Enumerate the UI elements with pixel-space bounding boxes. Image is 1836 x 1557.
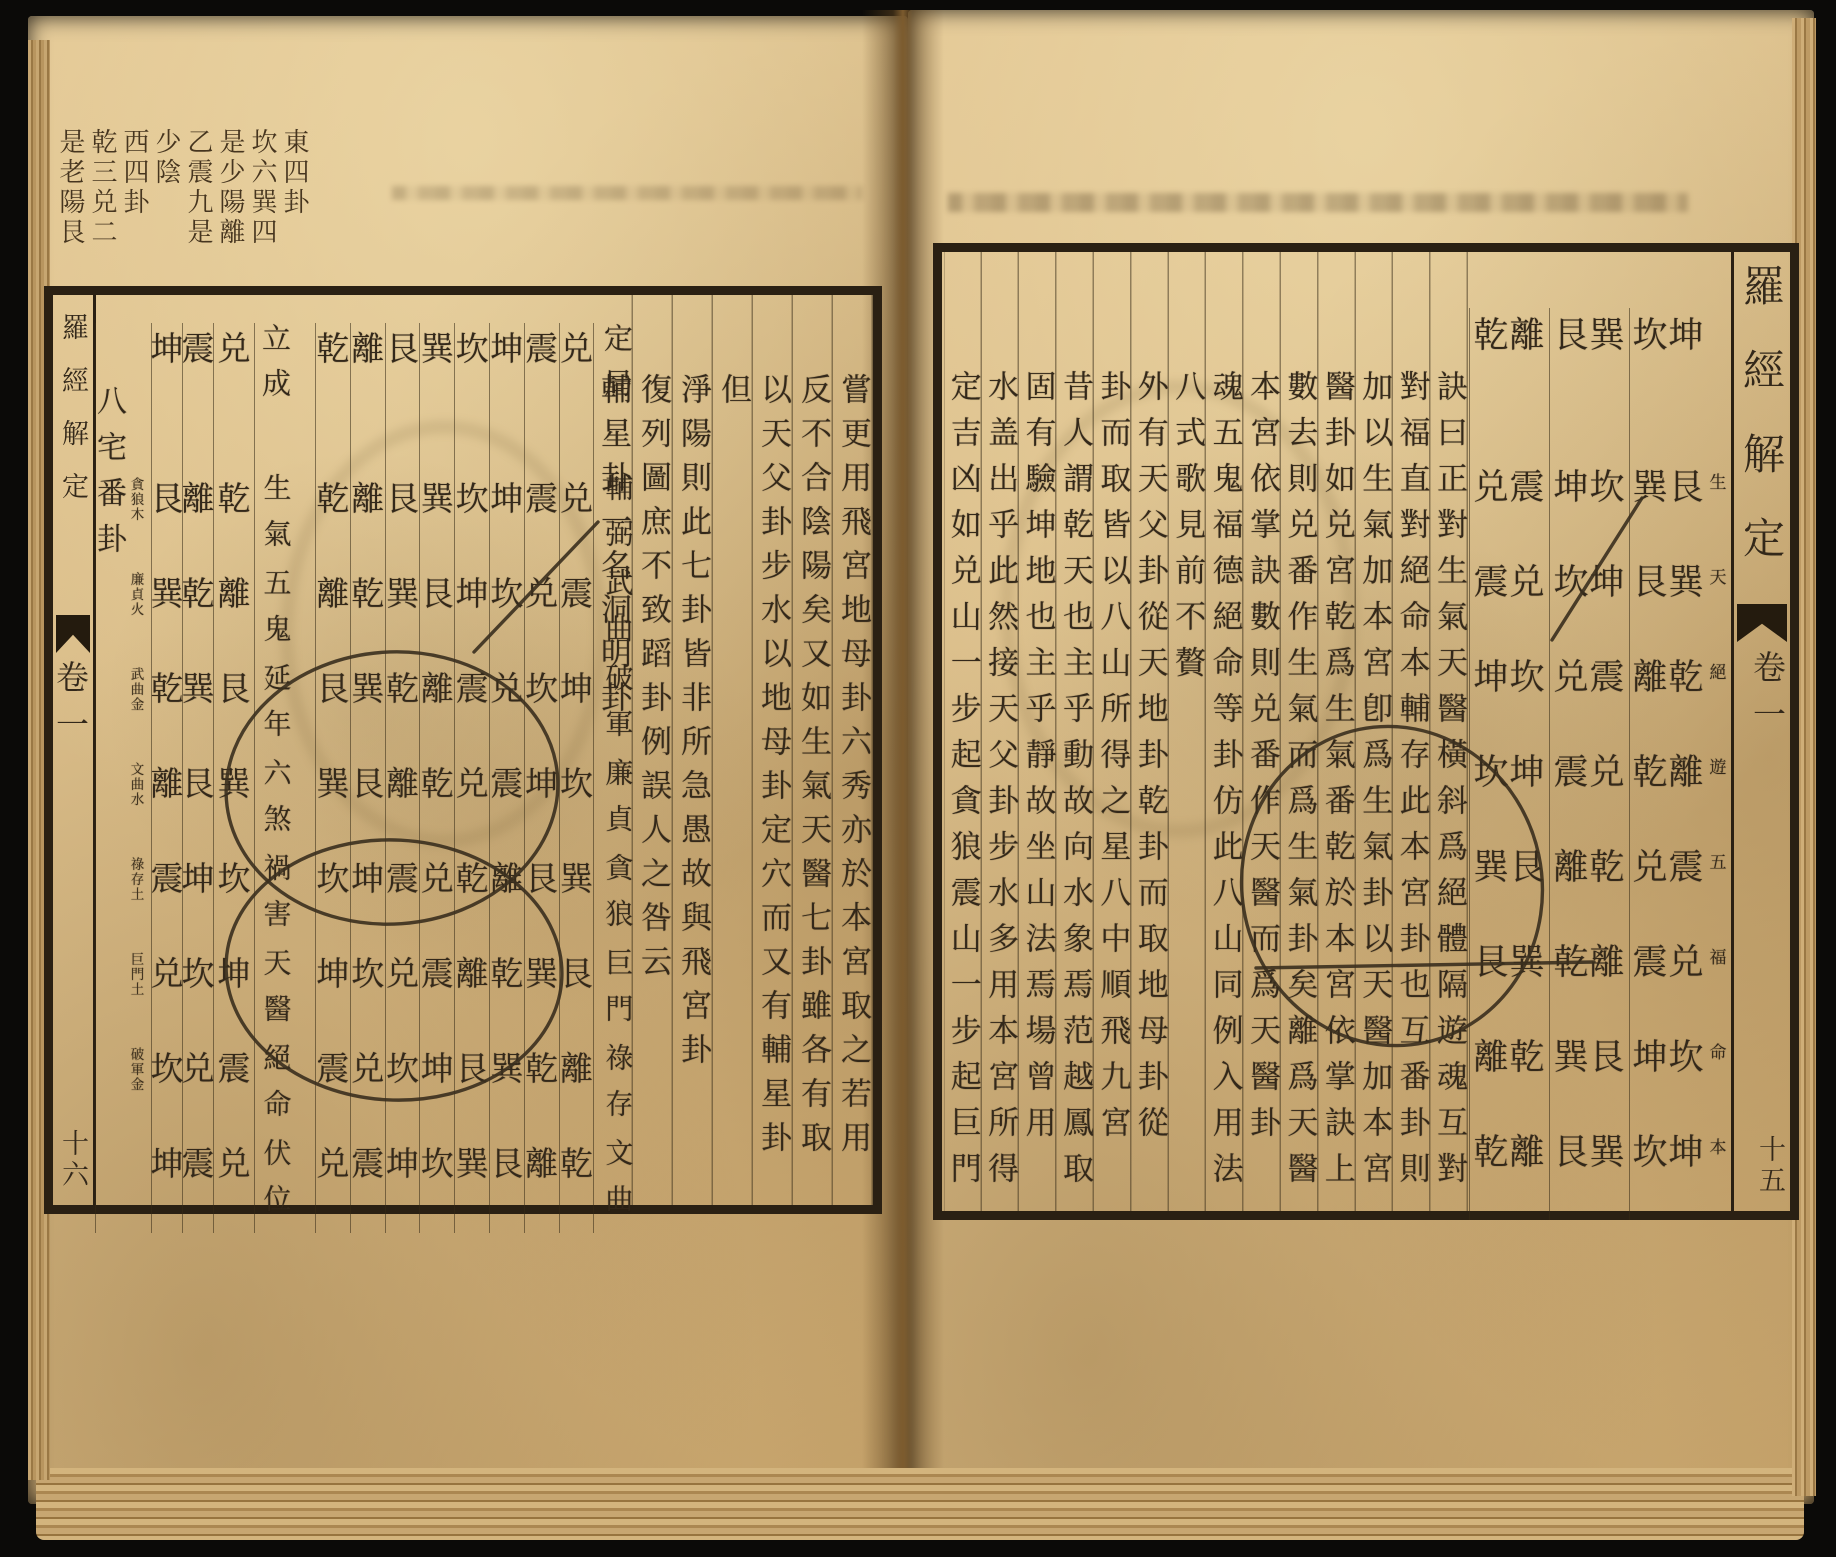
prose-column: 水盖出乎此然接天父卦步水多用本宮所得	[982, 370, 1019, 1211]
trigram-pair: 震兑	[1473, 555, 1545, 605]
trigram: 兑	[316, 1138, 349, 1185]
margin-note-column: 坎六巽四	[246, 128, 278, 278]
trigram-cell: 震	[559, 568, 594, 663]
trigram-cell: 兑	[559, 473, 594, 568]
row-label-cell: 伏位	[254, 1138, 294, 1233]
star-mark: 絕	[1710, 650, 1727, 683]
trigram-cell: 坤	[182, 853, 213, 948]
left-page-interior: 羅經解定 卷一 十六 坤震兑立成八宅番卦貪狼木艮離乾生氣廉貞火巽乾離五鬼武曲金乾…	[53, 295, 873, 1205]
trigram: 坎	[456, 323, 489, 370]
trigram-cell: 離	[489, 853, 524, 948]
trigram-cell: 巽	[419, 323, 454, 473]
trigram-pair-cell: 離乾	[1469, 1030, 1549, 1125]
trigram-pair: 震兑	[1632, 935, 1704, 985]
trigram: 兑	[456, 758, 489, 805]
star-name-label: 延年	[255, 663, 295, 755]
trigram: 巽	[421, 323, 454, 370]
trigram: 乾	[525, 1043, 558, 1090]
trigram-pair-cell: 乾離	[1469, 1125, 1549, 1220]
trigram-pair-cell: 坎坤	[1469, 745, 1549, 840]
trigram-pair: 坤坎	[1632, 1030, 1704, 1080]
trigram-pair-cell: 巽艮	[1469, 840, 1549, 935]
trigram-cell: 離	[151, 758, 182, 853]
row-label-cell: 延年	[254, 663, 294, 758]
trigram: 坤	[218, 948, 251, 995]
trigram: 兑	[182, 1043, 215, 1090]
trigram: 艮	[316, 663, 349, 710]
prose-column: 訣曰正對生氣天醫橫斜爲絕體隔遊魂互對	[1431, 370, 1468, 1211]
bazhai-licheng-table: 坤震兑立成八宅番卦貪狼木艮離乾生氣廉貞火巽乾離五鬼武曲金乾巽艮延年文曲水離艮巽六…	[95, 295, 297, 1205]
trigram-cell: 巽	[419, 473, 454, 568]
trigram-pair-cell: 艮巽	[1469, 935, 1549, 1030]
trigram: 坤	[560, 663, 593, 710]
trigram-pair-cell: 震兑	[1469, 555, 1549, 650]
prose-column: 本宮依掌訣數則兑番作天醫而爲天醫卦	[1244, 370, 1281, 1211]
trigram: 兑	[351, 1043, 384, 1090]
trigram-cell: 兑	[489, 663, 524, 758]
trigram: 巽	[560, 853, 593, 900]
book-title: 羅經解定	[1734, 264, 1790, 600]
table-heading-cell: 八宅番卦	[95, 323, 120, 1233]
trigram-cell: 坤	[385, 1138, 420, 1233]
trigram: 巽	[218, 758, 251, 805]
trigram: 震	[316, 1043, 349, 1090]
trigram-pair: 巽艮	[1473, 840, 1545, 890]
trigram-pair: 坎坤	[1632, 1125, 1704, 1175]
trigram-cell: 坎	[454, 473, 489, 568]
prose-column: 復列圖庶不致蹈卦例誤人之咎云	[633, 373, 673, 1205]
trigram-cell: 巽	[315, 758, 350, 853]
volume-label: 卷一	[1734, 650, 1790, 744]
trigram: 坤	[316, 948, 349, 995]
trigram-cell: 乾	[315, 323, 350, 473]
margin-note-column: 少陰	[150, 128, 182, 278]
trigram: 震	[421, 948, 454, 995]
trigram: 坤	[421, 1043, 454, 1090]
trigram-cell: 艮	[489, 1138, 524, 1233]
prose-column: 醫卦如兑宮乾爲生氣番乾於本宮依掌訣上	[1318, 370, 1355, 1211]
trigram-pair-cell: 艮巽	[1549, 1125, 1629, 1220]
trigram-pair-cell: 兑震	[1469, 460, 1549, 555]
trigram-pair: 乾離	[1473, 308, 1545, 358]
trigram-cell: 離	[213, 568, 254, 663]
row-label-cell: 六煞	[254, 758, 294, 853]
trigram-cell: 艮	[385, 323, 420, 473]
trigram: 乾	[456, 853, 489, 900]
prose-column: 昔人謂乾天也主乎動故向水象焉范越鳳取	[1057, 370, 1094, 1211]
right-page-prose: 訣曰正對生氣天醫橫斜爲絕體隔遊魂互對對福直對絕命本輔存此本宮卦也互番卦則加以生氣…	[944, 252, 1468, 1211]
trigram: 艮	[218, 663, 251, 710]
trigram: 艮	[151, 473, 184, 520]
star-annotation-cell: 文曲水	[120, 758, 151, 853]
trigram: 艮	[351, 758, 384, 805]
trigram: 坤	[525, 758, 558, 805]
star-mark-cell: 福	[1707, 935, 1729, 1030]
trigram: 震	[560, 568, 593, 615]
trigram-cell: 巽	[385, 568, 420, 663]
trigram-cell: 坤	[315, 948, 350, 1043]
trigram-pair-cell: 兑震	[1549, 650, 1629, 745]
star-mark: 天	[1710, 555, 1727, 588]
margin-notes: 東四卦坎六巽四是少陽離乙震九是少陰西四卦乾三兑二是老陽艮	[52, 128, 310, 284]
trigram-cell: 艮	[315, 663, 350, 758]
trigram-pair-cell: 離乾	[1629, 650, 1707, 745]
star-mark: 五	[1710, 840, 1727, 873]
star-annotation: 文曲水	[126, 758, 146, 807]
left-page-frame: 羅經解定 卷一 十六 坤震兑立成八宅番卦貪狼木艮離乾生氣廉貞火巽乾離五鬼武曲金乾…	[44, 286, 882, 1214]
margin-note-column: 是少陽離	[214, 128, 246, 278]
trigram: 乾	[218, 473, 251, 520]
trigram-cell: 兑	[315, 1138, 350, 1233]
trigram: 乾	[560, 1138, 593, 1185]
star-name-label: 絕命	[255, 1043, 295, 1135]
page-number: 十六	[53, 1129, 93, 1191]
star-mark: 福	[1710, 935, 1727, 968]
trigram: 乾	[351, 568, 384, 615]
trigram: 離	[182, 473, 215, 520]
trigram-cell: 艮	[213, 663, 254, 758]
star-name-label: 生氣	[255, 473, 295, 565]
prose-column: 魂五鬼福德絕命等卦仿此八山同例入用法	[1206, 370, 1243, 1211]
row-label-cell: 禍害	[254, 853, 294, 948]
right-banxin: 羅經解定 卷一 十五	[1731, 252, 1790, 1211]
trigram: 震	[151, 853, 184, 900]
star-mark-cell: 生	[1707, 460, 1729, 555]
row-label-cell: 生氣	[254, 473, 294, 568]
trigram-pair: 兑震	[1553, 650, 1625, 700]
trigram-cell: 坤	[489, 473, 524, 568]
trigram-pair: 兑震	[1473, 460, 1545, 510]
trigram: 艮	[421, 568, 454, 615]
trigram-pair: 坎坤	[1473, 745, 1545, 795]
trigram: 兑	[490, 663, 523, 710]
trigram-cell: 坎	[419, 1138, 454, 1233]
page-number: 十五	[1734, 1135, 1790, 1197]
trigram-cell: 離	[182, 473, 213, 568]
trigram-cell: 震	[213, 1043, 254, 1138]
trigram-cell: 兑	[151, 948, 182, 1043]
trigram-cell: 坤	[419, 1043, 454, 1138]
trigram-cell: 震	[419, 948, 454, 1043]
prose-column: 反不合陰陽矣又如生氣天醫七卦雖各有取	[793, 373, 833, 1205]
trigram-pair-cell: 巽艮	[1629, 460, 1707, 555]
trigram-pair: 巽艮	[1632, 460, 1704, 510]
trigram-cell: 巽	[151, 568, 182, 663]
prose-column: 輔星卦一名洞明卦	[593, 373, 633, 1205]
trigram-cell: 乾	[350, 568, 385, 663]
star-annotation-cell: 祿存土	[120, 853, 151, 948]
trigram-cell: 離	[385, 758, 420, 853]
trigram-cell: 坎	[489, 568, 524, 663]
trigram: 離	[525, 1138, 558, 1185]
prose-column: 淨陽則此七卦皆非所急愚故與飛宮卦	[673, 373, 713, 1205]
trigram: 兑	[421, 853, 454, 900]
trigram-cell: 巽	[559, 853, 594, 948]
feigong-trigram-table: 乾離艮巽坎坤兑震坤坎巽艮生震兑坎坤艮巽天坤坎兑震離乾絕坎坤震兑乾離遊巽艮離乾兑震…	[1469, 252, 1731, 1211]
trigram: 乾	[316, 323, 349, 370]
prose-column: 加以生氣加本宮卽爲生氣卦以天醫加本宮	[1356, 370, 1393, 1211]
trigram-cell: 兑	[454, 758, 489, 853]
trigram-pair-cell: 乾離	[1629, 745, 1707, 840]
trigram-pair-cell: 離乾	[1549, 840, 1629, 935]
book-photo: 東四卦坎六巽四是少陽離乙震九是少陰西四卦乾三兑二是老陽艮 羅經解定 卷一 十六 …	[0, 0, 1836, 1557]
trigram-pair-cell: 坤坎	[1549, 460, 1629, 555]
trigram-cell: 兑	[559, 323, 594, 473]
trigram-cell: 震	[182, 323, 213, 473]
row-label-cell: 絕命	[254, 1043, 294, 1138]
trigram-cell: 艮	[350, 758, 385, 853]
trigram: 震	[525, 323, 558, 370]
trigram: 坎	[525, 663, 558, 710]
trigram: 兑	[218, 1138, 251, 1185]
trigram-pair: 乾離	[1632, 745, 1704, 795]
trigram-cell: 艮	[385, 473, 420, 568]
trigram-pair: 離乾	[1632, 650, 1704, 700]
trigram-cell: 震	[489, 758, 524, 853]
row-label-cell: 五鬼	[254, 568, 294, 663]
star-annotation-cell: 廉貞火	[120, 568, 151, 663]
prose-column: 八式歌見前不贅	[1169, 370, 1206, 1211]
trigram-cell: 乾	[213, 473, 254, 568]
star-annotation: 破軍金	[126, 1043, 146, 1092]
trigram: 坤	[490, 473, 523, 520]
trigram-pair-cell: 艮巽	[1549, 308, 1629, 460]
trigram-pair: 巽艮	[1553, 1030, 1625, 1080]
trigram-pair: 坎坤	[1553, 555, 1625, 605]
trigram: 乾	[386, 663, 419, 710]
trigram-cell: 坤	[213, 948, 254, 1043]
trigram-cell: 震	[350, 1138, 385, 1233]
trigram: 巽	[525, 948, 558, 995]
trigram: 兑	[560, 473, 593, 520]
trigram: 坎	[151, 1043, 184, 1090]
trigram-cell: 離	[524, 1138, 559, 1233]
margin-note-column: 是老陽艮	[54, 128, 86, 278]
trigram-cell: 乾	[419, 758, 454, 853]
trigram-cell: 巽	[489, 1043, 524, 1138]
trigram-cell: 兑	[350, 1043, 385, 1138]
trigram-cell: 離	[350, 473, 385, 568]
prose-column: 數去則兑番作生氣而爲生氣卦矣離爲天醫	[1281, 370, 1318, 1211]
prose-column: 外有天父卦從天地卦乾卦而取地母卦從	[1131, 370, 1168, 1211]
trigram-pair: 震兑	[1553, 745, 1625, 795]
trigram-cell: 兑	[182, 1043, 213, 1138]
star-annotation: 廉貞火	[126, 568, 146, 617]
ink-smear	[948, 193, 1688, 212]
trigram-cell: 震	[524, 473, 559, 568]
row-label-cell: 天醫	[254, 948, 294, 1043]
trigram-cell: 離	[350, 323, 385, 473]
prose-column: 卦而取皆以八山所得之星八中順飛九宮	[1094, 370, 1131, 1211]
trigram: 坎	[490, 568, 523, 615]
trigram-cell: 乾	[151, 663, 182, 758]
trigram: 離	[456, 948, 489, 995]
trigram: 坎	[456, 473, 489, 520]
trigram: 巽	[316, 758, 349, 805]
trigram-cell: 乾	[454, 853, 489, 948]
trigram: 離	[218, 568, 251, 615]
star-mark-cell: 絕	[1707, 650, 1729, 745]
trigram-cell: 坎	[315, 853, 350, 948]
trigram: 坎	[386, 1043, 419, 1090]
trigram: 坤	[386, 1138, 419, 1185]
trigram-pair: 坎坤	[1632, 308, 1704, 358]
trigram-cell: 坎	[213, 853, 254, 948]
trigram: 艮	[560, 948, 593, 995]
trigram-cell: 巽	[524, 948, 559, 1043]
trigram-cell: 坎	[454, 323, 489, 473]
trigram-pair: 艮巽	[1473, 935, 1545, 985]
trigram: 離	[351, 473, 384, 520]
trigram-cell: 乾	[489, 948, 524, 1043]
trigram: 兑	[560, 323, 593, 370]
star-mark: 本	[1710, 1125, 1727, 1158]
trigram: 巽	[351, 663, 384, 710]
star-annotation-cell: 貪狼木	[120, 473, 151, 568]
star-annotation: 貪狼木	[126, 473, 146, 522]
trigram-pair-cell: 震兑	[1549, 745, 1629, 840]
trigram: 兑	[525, 568, 558, 615]
ink-smear	[392, 186, 862, 200]
trigram: 艮	[386, 323, 419, 370]
trigram: 震	[456, 663, 489, 710]
margin-note-column: 乾三兑二	[86, 128, 118, 278]
trigram: 乾	[182, 568, 215, 615]
trigram-pair: 兑震	[1632, 840, 1704, 890]
trigram-cell: 坎	[524, 663, 559, 758]
trigram-pair-cell: 坎坤	[1629, 1125, 1707, 1220]
trigram: 坤	[151, 323, 184, 370]
trigram: 震	[386, 853, 419, 900]
trigram-cell: 艮	[182, 758, 213, 853]
margin-note-column: 東四卦	[278, 128, 310, 278]
trigram-pair: 艮巽	[1553, 1125, 1625, 1175]
trigram-cell: 坤	[151, 323, 182, 473]
trigram: 離	[490, 853, 523, 900]
trigram-pair: 乾離	[1473, 1125, 1545, 1175]
trigram: 震	[525, 473, 558, 520]
trigram: 震	[218, 1043, 251, 1090]
star-annotation: 武曲金	[126, 663, 146, 712]
star-annotation-cell: 破軍金	[120, 1043, 151, 1138]
trigram-cell: 乾	[524, 1043, 559, 1138]
trigram-cell: 坤	[151, 1138, 182, 1233]
trigram: 坤	[151, 1138, 184, 1185]
trigram: 乾	[421, 758, 454, 805]
margin-note-column: 西四卦	[118, 128, 150, 278]
star-annotation: 巨門土	[126, 948, 146, 997]
trigram-cell: 兑	[385, 948, 420, 1043]
trigram: 坎	[351, 948, 384, 995]
margin-note-column: 乙震九是	[182, 128, 214, 278]
star-name-label: 天醫	[255, 948, 295, 1040]
trigram-cell: 艮	[559, 948, 594, 1043]
trigram: 兑	[386, 948, 419, 995]
trigram: 艮	[490, 1138, 523, 1185]
trigram-pair: 坤坎	[1473, 650, 1545, 700]
trigram: 巽	[490, 1043, 523, 1090]
trigram-pair: 艮巽	[1632, 555, 1704, 605]
trigram: 兑	[218, 323, 251, 370]
trigram-cell: 艮	[151, 473, 182, 568]
star-mark: 命	[1710, 1030, 1727, 1063]
trigram: 離	[421, 663, 454, 710]
trigram-pair-cell: 乾離	[1469, 308, 1549, 460]
star-annotation: 祿存土	[126, 853, 146, 902]
trigram-cell: 乾	[315, 473, 350, 568]
trigram-cell: 坤	[350, 853, 385, 948]
trigram-cell: 震	[315, 1043, 350, 1138]
trigram: 巽	[182, 663, 215, 710]
trigram-cell: 乾	[385, 663, 420, 758]
trigram-cell: 坤	[489, 323, 524, 473]
trigram: 離	[316, 568, 349, 615]
trigram-pair-cell: 坤坎	[1629, 1030, 1707, 1125]
volume-label: 卷一	[53, 660, 93, 754]
trigram-pair: 坤坎	[1553, 460, 1625, 510]
trigram: 巽	[151, 568, 184, 615]
star-mark: 生	[1710, 460, 1727, 493]
trigram-cell: 坤	[454, 568, 489, 663]
trigram-pair: 艮巽	[1553, 308, 1625, 358]
trigram: 坎	[316, 853, 349, 900]
trigram-cell: 艮	[524, 853, 559, 948]
trigram-cell: 兑	[524, 568, 559, 663]
star-name-label: 伏位	[255, 1138, 295, 1230]
trigram: 艮	[456, 1043, 489, 1090]
trigram: 巽	[421, 473, 454, 520]
trigram-cell: 巽	[350, 663, 385, 758]
trigram-cell: 坎	[559, 758, 594, 853]
trigram: 離	[151, 758, 184, 805]
trigram: 乾	[151, 663, 184, 710]
star-mark-cell: 遊	[1707, 745, 1729, 840]
star-mark: 遊	[1710, 745, 1727, 778]
trigram-pair-cell: 兑震	[1629, 840, 1707, 935]
star-annotation-cell	[120, 1138, 151, 1233]
trigram-cell: 坎	[151, 1043, 182, 1138]
prose-column: 對福直對絕命本輔存此本宮卦也互番卦則	[1393, 370, 1430, 1211]
star-name-label: 五鬼	[255, 568, 295, 660]
star-mark-cell: 本	[1707, 1125, 1729, 1220]
trigram-cell: 震	[182, 1138, 213, 1233]
trigram: 離	[351, 323, 384, 370]
trigram-cell: 兑	[213, 323, 254, 473]
trigram: 巽	[386, 568, 419, 615]
trigram: 坎	[560, 758, 593, 805]
trigram-cell: 坎	[350, 948, 385, 1043]
trigram-cell: 巽	[454, 1138, 489, 1233]
trigram-cell: 震	[524, 323, 559, 473]
row-label-cell: 立成	[254, 323, 294, 473]
trigram: 震	[351, 1138, 384, 1185]
star-mark-cell: 命	[1707, 1030, 1729, 1125]
trigram-cell: 艮	[454, 1043, 489, 1138]
trigram-cell: 離	[419, 663, 454, 758]
prose-column: 固有驗坤地也主乎靜故坐山法焉場曾用	[1019, 370, 1056, 1211]
page-stack-edge-bottom	[36, 1468, 1804, 1540]
trigram: 坎	[421, 1138, 454, 1185]
star-name-label: 禍害	[255, 853, 295, 945]
trigram: 坤	[490, 323, 523, 370]
right-page-frame: 羅經解定 卷一 十五 乾離艮巽坎坤兑震坤坎巽艮生震兑坎坤艮巽天坤坎兑震離乾絕坎坤…	[933, 243, 1799, 1220]
star-mark-cell	[1707, 308, 1729, 460]
trigram-cell: 震	[385, 853, 420, 948]
trigram: 離	[560, 1043, 593, 1090]
trigram-cell: 離	[315, 568, 350, 663]
trigram: 坤	[456, 568, 489, 615]
trigram: 艮	[525, 853, 558, 900]
